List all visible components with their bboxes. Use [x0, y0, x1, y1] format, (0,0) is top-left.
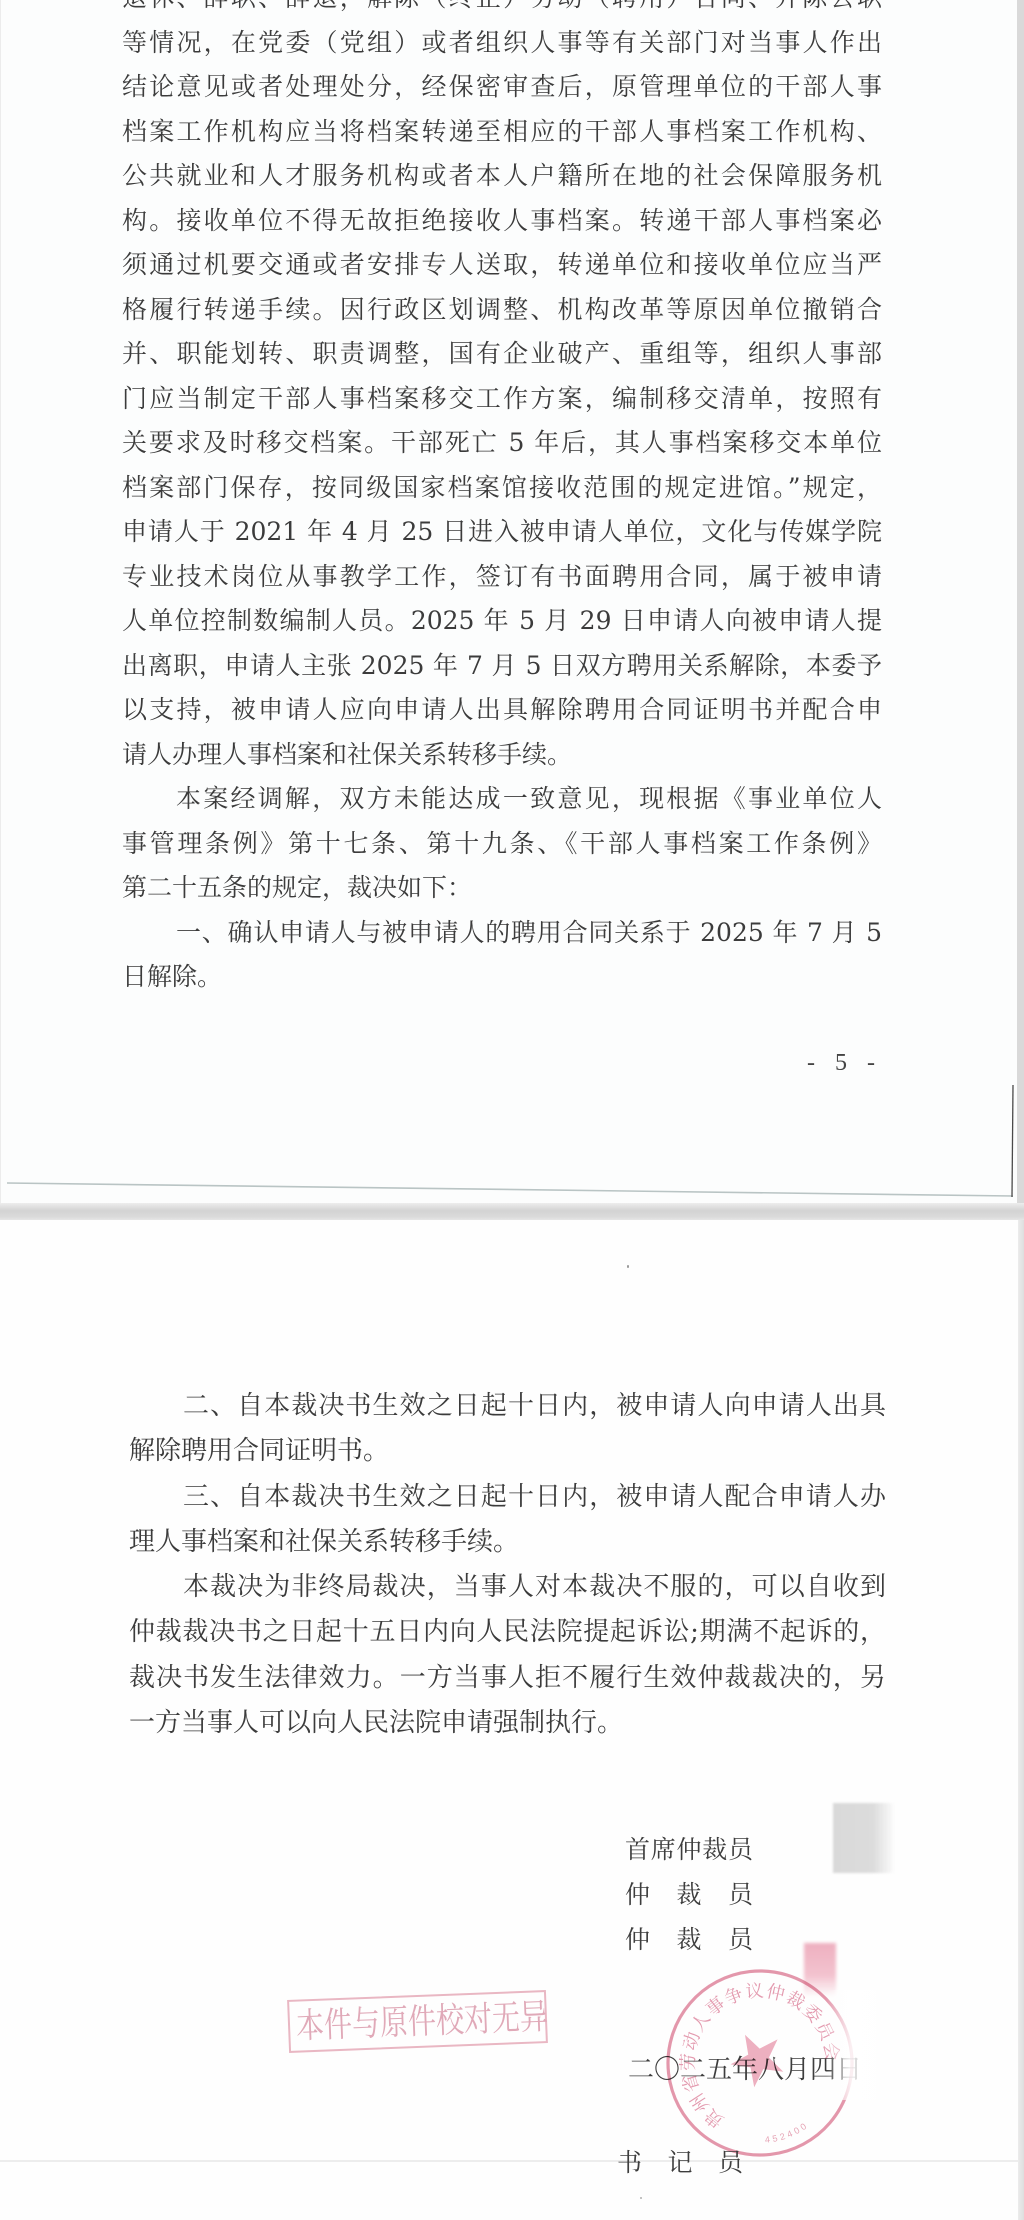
text-line: 关要求及时移交档案。干部死亡 5 年后，其人事档案移交本单位	[122, 421, 882, 466]
page5-body-text: 退休、辞职、辞退，解除（终止）劳动（聘用）合同、开除公职 等情况，在党委（党组）…	[122, 0, 882, 1000]
page-edge-lines	[1, 1060, 1017, 1203]
scan-speck	[627, 1265, 629, 1268]
text-line: 第二十五条的规定，裁决如下：	[122, 866, 882, 911]
scan-speck	[640, 2197, 642, 2199]
text-line: 专业技术岗位从事教学工作，签订有书面聘用合同，属于被申请	[122, 555, 882, 600]
arbitrator-label-2: 仲裁员	[625, 1925, 753, 1955]
text-line: 档案部门保存，按同级国家档案馆接收范围的规定进馆。”规定，	[122, 466, 882, 511]
text-line: 请人办理人事档案和社保关系转移手续。	[122, 733, 882, 778]
document-page-6: 二、自本裁决书生效之日起十日内，被申请人向申请人出具 解除聘用合同证明书。 三、…	[0, 1220, 1024, 2220]
text-line: 等情况，在党委（党组）或者组织人事等有关部门对当事人作出	[122, 21, 882, 66]
page-separator	[0, 1203, 1024, 1220]
text-line: 申请人于 2021 年 4 月 25 日进入被申请人单位，文化与传媒学院	[122, 510, 882, 555]
ruling-item-3: 三、自本裁决书生效之日起十日内，被申请人配合申请人办	[129, 1475, 886, 1520]
text-line: 须通过机要交通或者安排专人送取，转递单位和接收单位应当严	[122, 243, 882, 288]
certification-stamp-text: 本件与原件校对无异	[295, 1986, 540, 2057]
text-line: 事管理条例》第十七条、第十九条、《干部人事档案工作条例》	[122, 822, 882, 867]
ruling-item-3-end: 理人事档案和社保关系转移手续。	[129, 1520, 886, 1565]
text-line: 出离职，申请人主张 2025 年 7 月 5 日双方聘用关系解除，本委予	[122, 644, 882, 689]
appeal-notice: 本裁决为非终局裁决，当事人对本裁决不服的，可以自收到	[129, 1565, 886, 1610]
ruling-item-1-end: 日解除。	[122, 955, 882, 1000]
arbitrator-label-1: 仲裁员	[625, 1880, 753, 1910]
text-line: 人单位控制数编制人员。2025 年 5 月 29 日申请人向被申请人提	[122, 599, 882, 644]
text-line: 以支持，被申请人应向申请人出具解除聘用合同证明书并配合申	[122, 688, 882, 733]
redacted-name-block	[833, 1803, 895, 1873]
ruling-item-1: 一、确认申请人与被申请人的聘用合同关系于 2025 年 7 月 5	[122, 911, 882, 956]
appeal-notice-line: 裁决书发生法律效力。一方当事人拒不履行生效仲裁裁决的，另	[129, 1656, 886, 1701]
text-line: 并、职能划转、职责调整，国有企业破产、重组等，组织人事部	[122, 332, 882, 377]
text-line: 格履行转递手续。因行政区划调整、机构改革等原因单位撤销合	[122, 288, 882, 333]
page-number: - 5 -	[807, 1048, 875, 1078]
clerk-label: 书记员	[617, 2148, 743, 2178]
ruling-item-2: 二、自本裁决书生效之日起十日内，被申请人向申请人出具	[129, 1384, 886, 1429]
chief-arbitrator-label: 首席仲裁员	[625, 1835, 753, 1865]
text-line: 本案经调解，双方未能达成一致意见，现根据《事业单位人	[122, 777, 882, 822]
appeal-notice-end: 一方当事人可以向人民法院申请强制执行。	[129, 1701, 886, 1746]
text-line: 退休、辞职、辞退，解除（终止）劳动（聘用）合同、开除公职	[122, 0, 882, 21]
page-edge	[1018, 1220, 1024, 2220]
text-line: 构。接收单位不得无故拒绝接收人事档案。转递干部人事档案必	[122, 199, 882, 244]
page6-body-text: 二、自本裁决书生效之日起十日内，被申请人向申请人出具 解除聘用合同证明书。 三、…	[129, 1384, 886, 1746]
text-line: 门应当制定干部人事档案移交工作方案，编制移交清单，按照有	[122, 377, 882, 422]
certification-stamp: 本件与原件校对无异	[287, 1990, 548, 2053]
text-line: 公共就业和人才服务机构或者本人户籍所在地的社会保障服务机	[122, 154, 882, 199]
seal-fade-overlay	[826, 1990, 876, 2100]
document-page-5: 退休、辞职、辞退，解除（终止）劳动（聘用）合同、开除公职 等情况，在党委（党组）…	[0, 0, 1017, 1203]
appeal-notice-line: 仲裁裁决书之日起十五日内向人民法院提起诉讼;期满不起诉的，	[129, 1610, 886, 1655]
text-line: 结论意见或者处理处分，经保密审查后，原管理单位的干部人事	[122, 65, 882, 110]
scan-shadow-line	[0, 2160, 1018, 2162]
seal-star-icon	[721, 2022, 792, 2092]
text-line: 档案工作机构应当将档案转递至相应的干部人事档案工作机构、	[122, 110, 882, 155]
ruling-item-2-end: 解除聘用合同证明书。	[129, 1429, 886, 1474]
